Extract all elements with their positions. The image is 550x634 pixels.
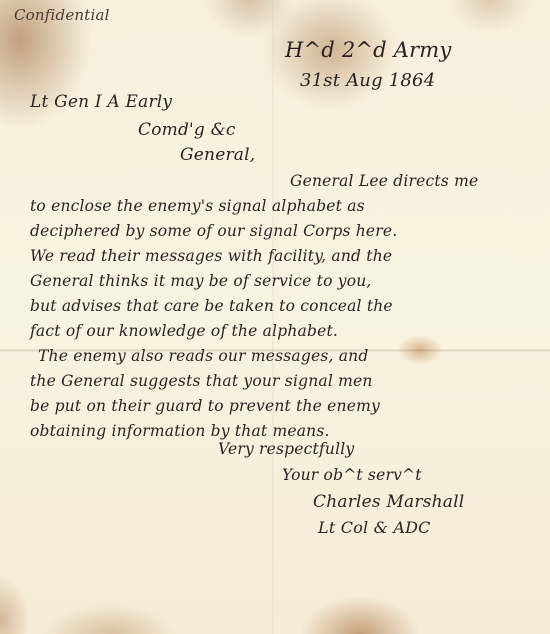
signature: Charles Marshall (313, 492, 464, 512)
body-line: fact of our knowledge of the alphabet. (30, 322, 338, 340)
heading-date: 31st Aug 1864 (300, 70, 435, 91)
body-line: General thinks it may be of service to y… (30, 272, 372, 290)
letter-page: Confidential H^d 2^d Army 31st Aug 1864 … (0, 0, 550, 634)
closing-servant: Your ob^t serv^t (282, 466, 422, 484)
body-line: but advises that care be taken to concea… (30, 297, 393, 315)
heading-location: H^d 2^d Army (285, 38, 451, 62)
closing-phrase: Very respectfully (218, 440, 354, 458)
confidential-note: Confidential (14, 6, 110, 24)
body-line: The enemy also reads our messages, and (38, 347, 369, 365)
addressee-name: Lt Gen I A Early (30, 92, 172, 112)
body-line: the General suggests that your signal me… (30, 372, 373, 390)
body-line: deciphered by some of our signal Corps h… (30, 222, 397, 240)
body-line: General Lee directs me (290, 172, 478, 190)
body-line: obtaining information by that means. (30, 422, 330, 440)
salutation: General, (180, 145, 255, 165)
vertical-fold-crease (272, 0, 274, 634)
body-line: to enclose the enemy's signal alphabet a… (30, 197, 365, 215)
body-line: We read their messages with facility, an… (30, 247, 392, 265)
signer-title: Lt Col & ADC (318, 518, 431, 537)
addressee-command: Comd'g &c (138, 120, 236, 140)
body-line: be put on their guard to prevent the ene… (30, 397, 380, 415)
